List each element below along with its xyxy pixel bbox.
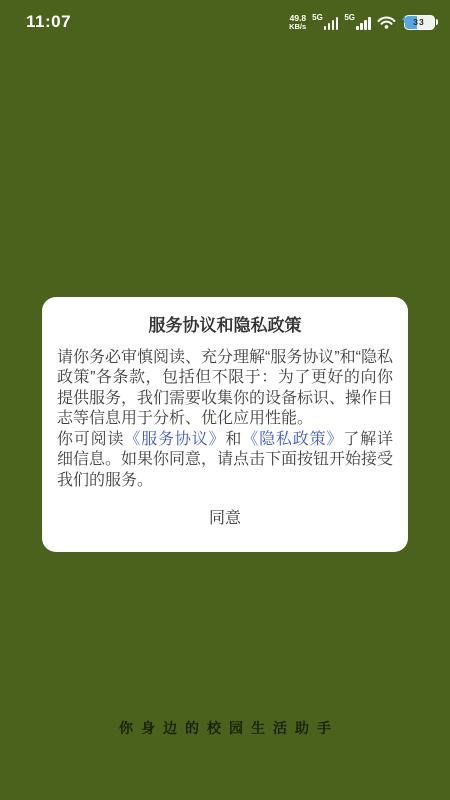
sim1-network-label: 5G — [312, 14, 323, 22]
battery-percent: 33 — [405, 16, 434, 29]
privacy-paragraph-2: 你可阅读《服务协议》和《隐私政策》了解详细信息。如果你同意，请点击下面按钮开始接… — [57, 430, 393, 492]
network-speed-unit: KB/s — [289, 23, 306, 31]
service-agreement-link[interactable]: 《服务协议》 — [124, 431, 225, 448]
app-tagline: 你身边的校园生活助手 — [0, 718, 450, 738]
sim1-signal: 5G — [312, 14, 338, 30]
status-bar: 11:07 49.8 KB/s 5G 5G — [0, 0, 450, 44]
privacy-policy-link[interactable]: 《隐私政策》 — [242, 431, 343, 448]
network-speed: 49.8 KB/s — [289, 14, 306, 31]
signal-bars-icon — [324, 15, 339, 30]
paragraph2-prefix: 你可阅读 — [57, 431, 124, 448]
battery-nub — [436, 19, 439, 25]
clock: 11:07 — [26, 12, 71, 32]
wifi-icon — [377, 15, 396, 30]
privacy-policy-dialog: 服务协议和隐私政策 请你务必审慎阅读、充分理解“服务协议”和“隐私政策”各条款，… — [42, 297, 408, 552]
app-screen: 11:07 49.8 KB/s 5G 5G — [0, 0, 450, 800]
signal-bars-icon — [356, 15, 371, 30]
sim2-signal: 5G — [344, 14, 370, 30]
dialog-body: 请你务必审慎阅读、充分理解“服务协议”和“隐私政策”各条款，包括但不限于：为了更… — [57, 348, 393, 492]
status-indicators: 49.8 KB/s 5G 5G — [289, 14, 438, 31]
agree-button[interactable]: 同意 — [185, 499, 265, 534]
network-speed-value: 49.8 — [290, 14, 307, 23]
paragraph2-middle: 和 — [225, 431, 242, 448]
charging-bolt-icon — [401, 11, 409, 29]
privacy-paragraph-1: 请你务必审慎阅读、充分理解“服务协议”和“隐私政策”各条款，包括但不限于：为了更… — [57, 348, 393, 430]
sim2-network-label: 5G — [344, 14, 355, 22]
battery-icon: 33 — [404, 15, 439, 30]
dialog-title: 服务协议和隐私政策 — [57, 315, 393, 338]
